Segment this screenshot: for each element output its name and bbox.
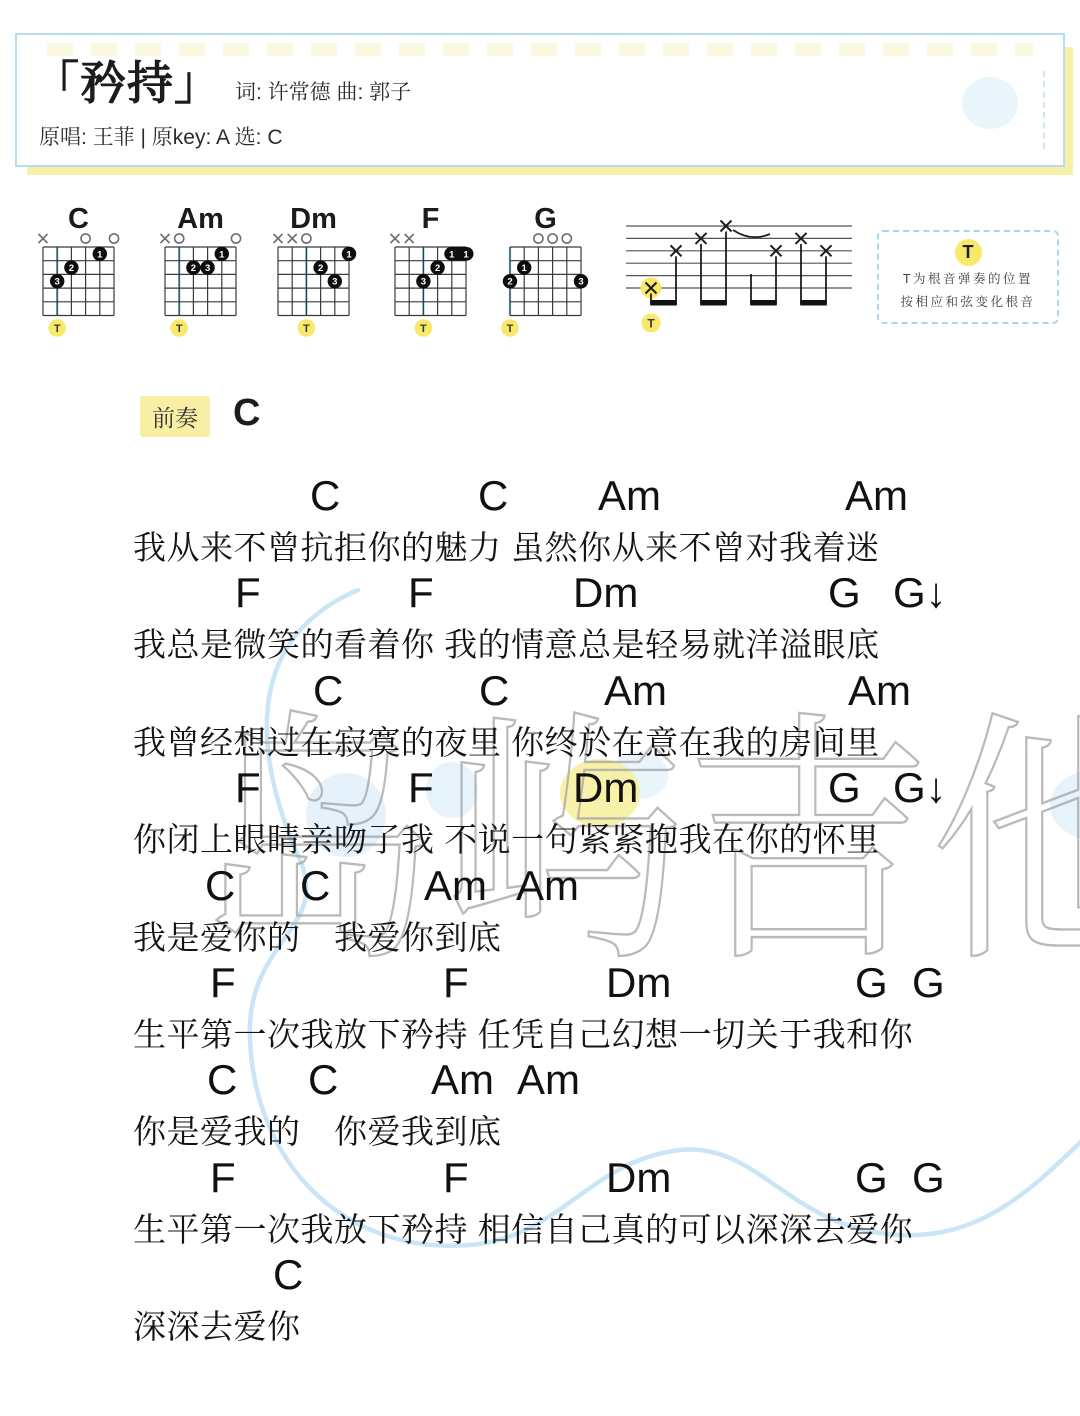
- chord-diagram-Dm: Dm123T: [265, 197, 365, 347]
- svg-text:1: 1: [522, 263, 528, 274]
- chord-diagram-G: G123T: [497, 197, 597, 347]
- lyric-line: 我是爱你的 我爱你到底: [133, 912, 502, 959]
- chord-label: Dm: [606, 959, 671, 1007]
- watermark-blob: [1050, 769, 1080, 841]
- intro-chord: C: [233, 392, 260, 435]
- svg-text:G: G: [534, 203, 557, 235]
- svg-text:C: C: [68, 203, 89, 235]
- chord-label: C: [205, 862, 235, 910]
- legend-t-badge: T: [955, 239, 982, 266]
- chord-label: C: [308, 1056, 338, 1104]
- legend-line-2: 按相应和弦变化根音: [879, 291, 1057, 314]
- svg-text:T: T: [54, 323, 61, 335]
- chord-diagram-F: F1123T: [382, 197, 482, 347]
- header-card: 「矜持」词: 许常德 曲: 郭子 原唱: 王菲 | 原key: A 选: C: [15, 33, 1065, 167]
- chord-label: Am: [604, 667, 667, 715]
- svg-text:1: 1: [97, 249, 103, 260]
- lyric-line: 我曾经想过在寂寞的夜里 你终於在意在我的房间里: [133, 717, 880, 764]
- chord-label: G: [855, 1154, 888, 1202]
- chord-label: Am: [598, 472, 661, 520]
- header-decor-dashes: [1043, 71, 1045, 149]
- header-decor-circle: [962, 77, 1018, 129]
- lyric-line: 生平第一次我放下矜持 相信自己真的可以深深去爱你: [133, 1204, 913, 1251]
- svg-text:2: 2: [435, 263, 440, 274]
- chord-label: F: [408, 764, 434, 812]
- lyric-line: 你是爱我的 你爱我到底: [133, 1106, 502, 1153]
- song-meta: 原唱: 王菲 | 原key: A 选: C: [39, 121, 283, 151]
- chord-label: C: [300, 862, 330, 910]
- chord-label: Am: [516, 862, 579, 910]
- root-note-legend: T T为根音弹奏的位置 按相应和弦变化根音: [877, 230, 1059, 324]
- lyric-line: 深深去爱你: [133, 1301, 301, 1348]
- svg-text:Am: Am: [177, 203, 224, 235]
- svg-text:Dm: Dm: [290, 203, 337, 235]
- svg-text:T: T: [507, 323, 514, 335]
- lyric-line: 生平第一次我放下矜持 任凭自己幻想一切关于我和你: [133, 1009, 913, 1056]
- chord-label: F: [210, 959, 236, 1007]
- chord-label: C: [207, 1056, 237, 1104]
- chord-label: G: [855, 959, 888, 1007]
- chord-sheet-page: 岛屿吉他 「矜持」词: 许常德 曲: 郭子 原唱: 王菲 | 原key: A 选…: [0, 0, 1080, 1416]
- chord-label: F: [443, 1154, 469, 1202]
- svg-text:T: T: [176, 323, 183, 335]
- chord-label: Am: [424, 862, 487, 910]
- svg-text:3: 3: [578, 277, 583, 288]
- rhythm-tab-pattern: T: [620, 210, 860, 340]
- song-title: 「矜持」: [33, 57, 221, 109]
- chord-label: Am: [848, 667, 911, 715]
- svg-text:3: 3: [205, 263, 210, 274]
- chord-label: C: [273, 1251, 303, 1299]
- chord-label: Am: [431, 1056, 494, 1104]
- chord-label: G: [912, 959, 945, 1007]
- chord-label: Dm: [573, 569, 638, 617]
- chord-label: Dm: [573, 764, 638, 812]
- svg-text:1: 1: [219, 249, 225, 260]
- chord-diagram-Am: Am123T: [152, 197, 252, 347]
- chord-label: C: [313, 667, 343, 715]
- lyric-line: 我总是微笑的看着你 我的情意总是轻易就洋溢眼底: [133, 619, 880, 666]
- chord-label: G: [912, 1154, 945, 1202]
- chord-label: G: [828, 764, 861, 812]
- svg-text:2: 2: [318, 263, 323, 274]
- svg-text:3: 3: [421, 277, 426, 288]
- chord-label: G: [828, 569, 861, 617]
- chord-label: F: [235, 569, 261, 617]
- lyric-line: 我从来不曾抗拒你的魅力 虽然你从来不曾对我着迷: [133, 522, 880, 569]
- svg-text:1: 1: [346, 249, 352, 260]
- svg-text:T: T: [647, 317, 655, 331]
- chord-label: C: [479, 667, 509, 715]
- lyric-line: 你闭上眼睛亲吻了我 不说一句紧紧抱我在你的怀里: [133, 814, 880, 861]
- song-credits: 词: 许常德 曲: 郭子: [235, 81, 411, 104]
- chord-label: C: [478, 472, 508, 520]
- svg-text:1: 1: [463, 249, 469, 260]
- chord-label: Dm: [606, 1154, 671, 1202]
- watermark-blob: [426, 762, 478, 818]
- chord-label: Am: [517, 1056, 580, 1104]
- chord-label: F: [235, 764, 261, 812]
- chord-label: F: [408, 569, 434, 617]
- svg-text:2: 2: [507, 277, 512, 288]
- svg-text:3: 3: [332, 277, 337, 288]
- svg-text:T: T: [303, 323, 310, 335]
- chord-label: Am: [845, 472, 908, 520]
- chord-label: G↓: [893, 569, 947, 617]
- chord-label: G↓: [893, 764, 947, 812]
- chord-diagram-C: C123T: [30, 197, 130, 347]
- svg-text:T: T: [420, 323, 427, 335]
- svg-text:2: 2: [69, 263, 74, 274]
- chord-label: C: [310, 472, 340, 520]
- svg-text:1: 1: [449, 249, 455, 260]
- chord-label: F: [443, 959, 469, 1007]
- legend-line-1: T为根音弹奏的位置: [879, 268, 1057, 291]
- svg-text:2: 2: [191, 263, 196, 274]
- svg-text:3: 3: [55, 277, 60, 288]
- svg-text:F: F: [422, 203, 440, 235]
- chord-label: F: [210, 1154, 236, 1202]
- intro-section-label: 前奏: [140, 396, 210, 437]
